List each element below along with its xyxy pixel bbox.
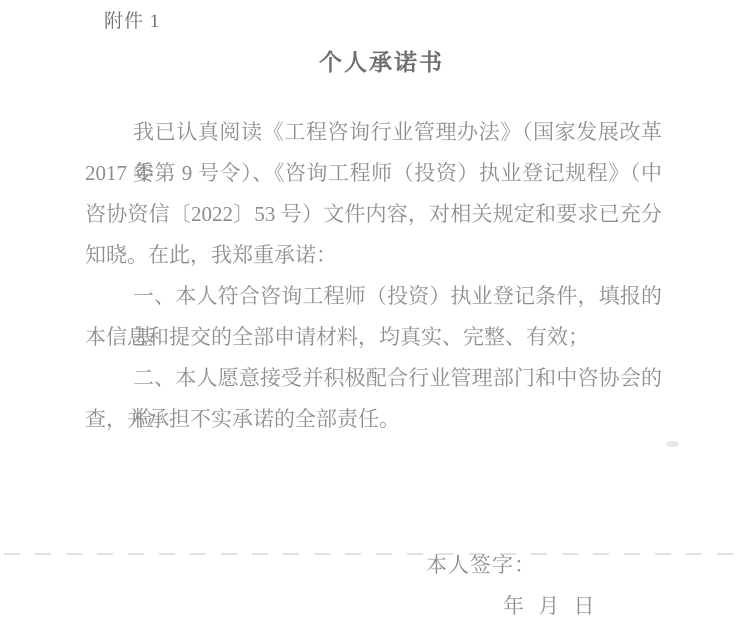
document-page: 附件 1 个人承诺书 我已认真阅读《工程咨询行业管理办法》（国家发展改革委 20… (0, 0, 743, 634)
body-line: 二、本人愿意接受并积极配合行业管理部门和中咨协会的检 (85, 358, 662, 399)
page-title: 个人承诺书 (85, 44, 670, 77)
body-line: 本信息和提交的全部申请材料，均真实、完整、有效； (85, 317, 662, 358)
scan-artifact-line (4, 553, 739, 555)
document-body: 我已认真阅读《工程咨询行业管理办法》（国家发展改革委 2017 年第 9 号令）… (85, 112, 662, 440)
body-line: 咨协资信〔2022〕53 号）文件内容，对相关规定和要求已充分 (85, 194, 662, 235)
body-line: 2017 年第 9 号令）、《咨询工程师（投资）执业登记规程》（中 (85, 153, 662, 194)
attachment-label: 附件 1 (104, 6, 160, 33)
body-line: 查，并承担不实承诺的全部责任。 (85, 399, 662, 440)
body-line: 知晓。在此，我郑重承诺： (85, 235, 662, 276)
body-line: 我已认真阅读《工程咨询行业管理办法》（国家发展改革委 (85, 112, 662, 153)
body-line: 一、本人符合咨询工程师（投资）执业登记条件，填报的基 (85, 276, 662, 317)
signature-label: 本人签字： (426, 551, 536, 579)
scan-artifact-smudge (666, 441, 679, 447)
date-placeholder: 年 月 日 (503, 592, 595, 620)
